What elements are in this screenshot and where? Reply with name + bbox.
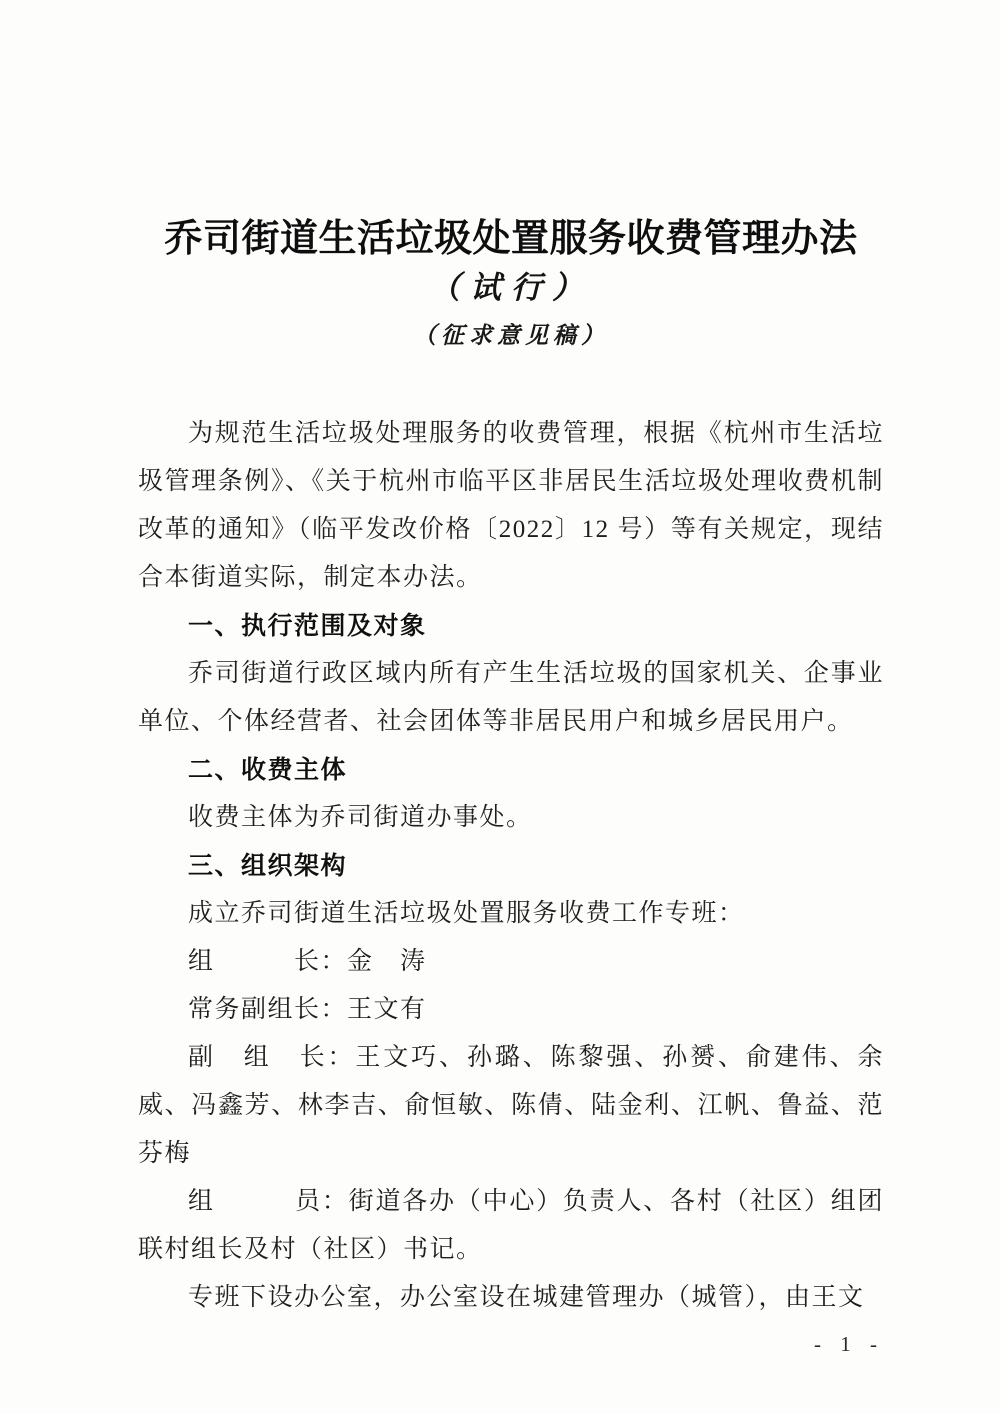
section-2-paragraph: 收费主体为乔司街道办事处。	[138, 794, 884, 842]
document-page: 乔司街道生活垃圾处置服务收费管理办法 （试行） （征求意见稿） 为规范生活垃圾处…	[0, 0, 1000, 1414]
document-body: 为规范生活垃圾处理服务的收费管理，根据《杭州市生活垃圾管理条例》、《关于杭州市临…	[138, 410, 884, 1322]
office-paragraph: 专班下设办公室，办公室设在城建管理办（城管），由王文	[138, 1274, 884, 1322]
team-leader-line: 组 长：金 涛	[138, 938, 884, 986]
deputy-leaders-line: 副 组 长：王文巧、孙璐、陈黎强、孙赟、俞建伟、余威、冯鑫芳、林李吉、俞恒敏、陈…	[138, 1034, 884, 1178]
section-1-heading: 一、执行范围及对象	[138, 602, 884, 650]
taskforce-intro-line: 成立乔司街道生活垃圾处置服务收费工作专班：	[138, 890, 884, 938]
page-number: - 1 -	[138, 1324, 884, 1364]
section-3-heading: 三、组织架构	[138, 842, 884, 890]
section-1-paragraph: 乔司街道行政区域内所有产生生活垃圾的国家机关、企事业单位、个体经营者、社会团体等…	[138, 650, 884, 746]
document-subtitle-draft: （征求意见稿）	[138, 318, 884, 354]
document-title: 乔司街道生活垃圾处置服务收费管理办法	[138, 0, 884, 262]
document-subtitle-trial: （试行）	[138, 266, 884, 310]
document-content: 乔司街道生活垃圾处置服务收费管理办法 （试行） （征求意见稿） 为规范生活垃圾处…	[0, 0, 1000, 1364]
section-2-heading: 二、收费主体	[138, 746, 884, 794]
executive-deputy-leader-line: 常务副组长：王文有	[138, 986, 884, 1034]
members-line: 组 员：街道各办（中心）负责人、各村（社区）组团联村组长及村（社区）书记。	[138, 1178, 884, 1274]
intro-paragraph: 为规范生活垃圾处理服务的收费管理，根据《杭州市生活垃圾管理条例》、《关于杭州市临…	[138, 410, 884, 602]
